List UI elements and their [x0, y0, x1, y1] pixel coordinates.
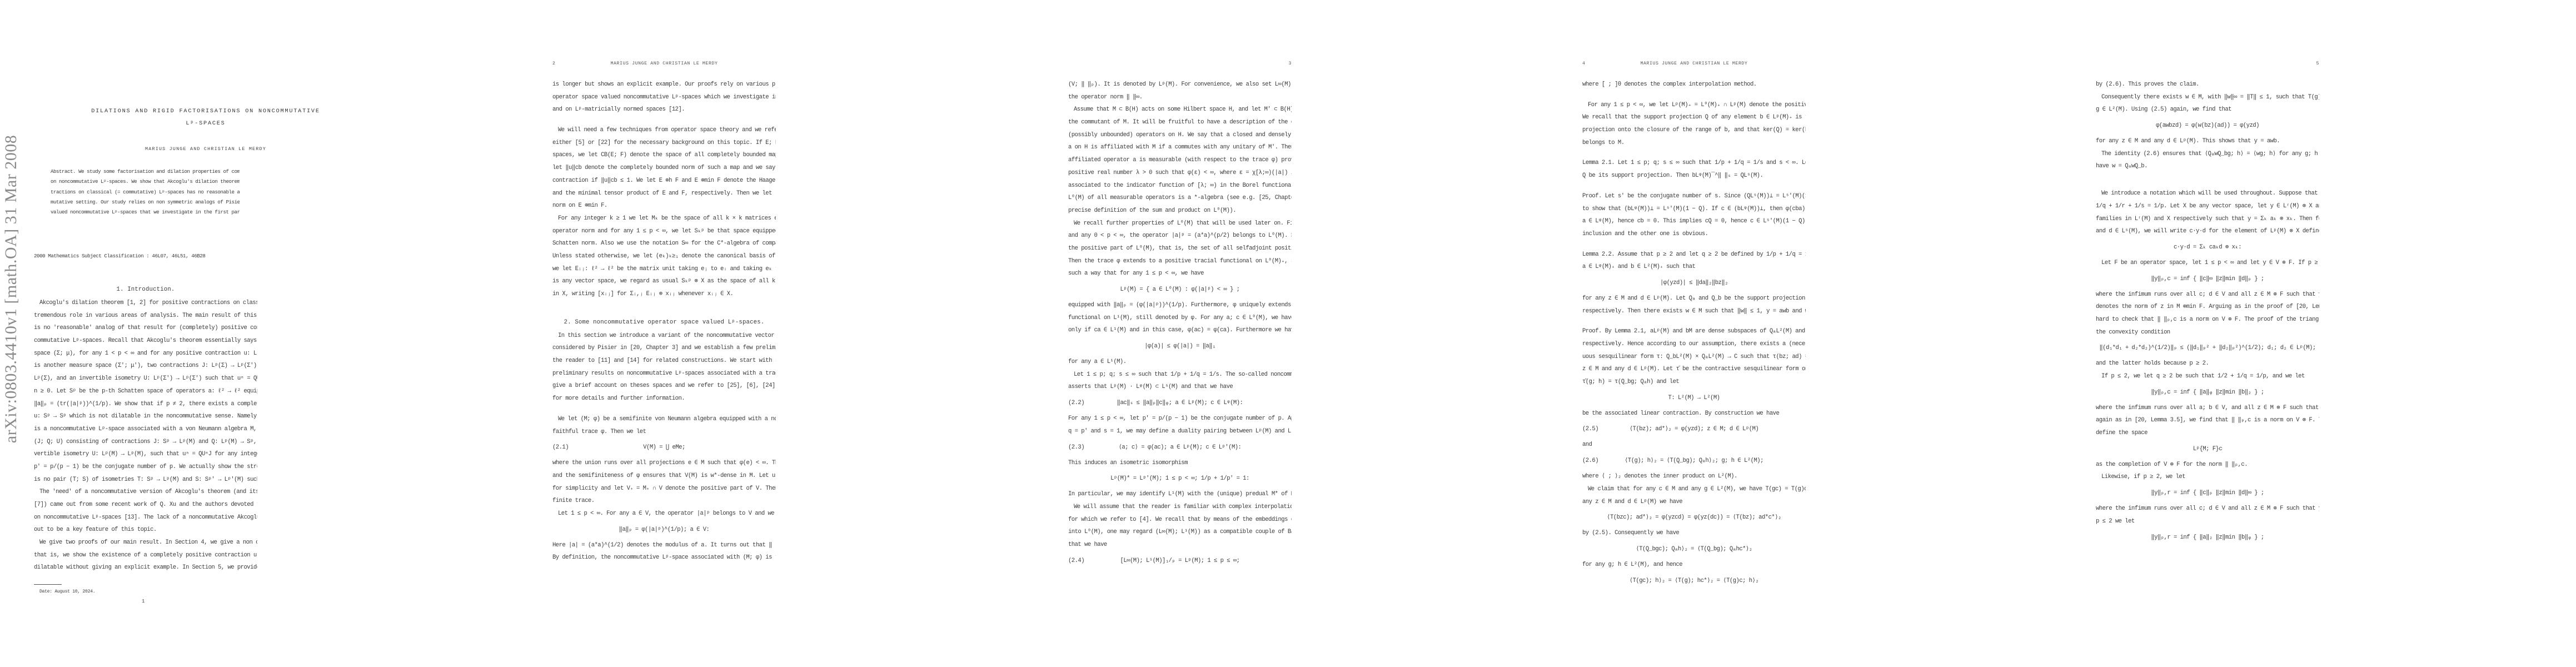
- abstract-line: valued noncommutative Lᵖ-spaces that we …: [51, 207, 240, 217]
- paragraph-gap: [1582, 241, 1806, 248]
- equation-number: [1582, 389, 1632, 407]
- text-line: where the union runs over all projection…: [552, 457, 776, 470]
- equation-body: ‖a‖ₚ = φ(|a|ᵖ)^(1/p); a ∈ V:: [602, 520, 726, 539]
- equation-spacer: [1242, 337, 1292, 356]
- paragraph-gap: [1582, 91, 1806, 99]
- display-equation: Lᵖ(M) = { a ∈ L⁰(M) : φ(|a|ᵖ) < ∞ } ;: [1068, 280, 1292, 299]
- page-1-body: 1. Introduction. Akcoglu's dilation theo…: [34, 282, 257, 574]
- text-line: Here |a| = (a*a)^(1/2) denotes the modul…: [552, 539, 776, 552]
- equation-number: [2096, 383, 2146, 402]
- text-line: Unless stated otherwise, we let (eₖ)ₖ≥₁ …: [552, 250, 776, 263]
- equation-spacer: [1763, 451, 1806, 470]
- text-line: where the infimum runs over all a; b ∈ V…: [2096, 402, 2319, 415]
- text-line: q = p′ and s = 1, we may define a dualit…: [1068, 425, 1292, 438]
- equation-number: (2.1): [552, 438, 602, 457]
- text-line: commutative Lᵖ-spaces. Recall that Akcog…: [34, 335, 257, 347]
- text-line: preliminary results on noncommutative Lᵖ…: [552, 367, 776, 380]
- text-line: a ∈ Lᵠ(M)₊ and b ∈ L²(M)₊ such that: [1582, 261, 1806, 273]
- text-line: again as in [20, Lemma 3.5], we find tha…: [2096, 414, 2319, 427]
- display-equation: ‖y‖ₚ,c = inf { ‖a‖ᵩ ‖z‖min ‖b‖₂ } ;: [2096, 383, 2319, 402]
- equation-number: [2096, 116, 2146, 135]
- text-line: to show that (bLᵠ(M))⊥ = Lˢ′(M)(1 − Q). …: [1582, 203, 1806, 216]
- text-line: denotes the norm of z in M ⊗min F. Argui…: [2096, 301, 2319, 313]
- text-line: the positive part of L⁰(M), that is, the…: [1068, 242, 1292, 255]
- text-line: belongs to M.: [1582, 137, 1806, 150]
- equation-body: ‖(d₁*d₁ + d₂*d₂)^(1/2)‖ₚ ≤ (‖d₁‖ₚ² + ‖d₂…: [2099, 339, 2315, 357]
- text-line: For any 1 ≤ p < ∞, we let Lᵖ(M)₊ = L⁰(M)…: [1582, 99, 1806, 112]
- text-line: asserts that Lᵖ(M) · Lᵠ(M) ⊂ Lˢ(M) and t…: [1068, 381, 1292, 394]
- text-line: The 'need' of a noncommutative version o…: [34, 486, 257, 499]
- equation-number: [2096, 238, 2146, 257]
- text-line: by (2.5). Consequently we have: [1582, 527, 1806, 540]
- display-equation: (2.2)‖ac‖ₛ ≤ ‖a‖ₚ‖c‖ᵩ; a ∈ Lᵖ(M); c ∈ Lᵠ…: [1068, 394, 1292, 412]
- text-line: is any vector space, we regard as usual …: [552, 275, 776, 288]
- text-line: considered by Pisier in [20, Chapter 3] …: [552, 342, 776, 355]
- equation-number: (2.2): [1068, 394, 1117, 412]
- text-line: We will need a few techniques from opera…: [552, 124, 776, 137]
- text-line: [7]) came out from some recent work of Q…: [34, 499, 257, 511]
- page-4: 4 MARIUS JUNGE AND CHRISTIAN LE MERDY wh…: [1546, 0, 2061, 667]
- equation-number: [1582, 540, 1632, 559]
- text-line: only if ca ∈ L¹(M) and in this case, φ(a…: [1068, 324, 1292, 337]
- equation-number: [2096, 440, 2146, 459]
- display-equation: ⟨T(gc); h⟩₂ = ⟨T(g); hc*⟩₂ = ⟨T(g)c; h⟩₂: [1582, 571, 1806, 590]
- paragraph-gap: [1582, 149, 1806, 157]
- equation-body: T: L²(M) → L²(M): [1632, 389, 1756, 407]
- abstract-line: tractions on classical (= commutative) L…: [51, 187, 240, 197]
- equation-body: |φ(a)| ≤ φ(|a|) = ‖a‖₁: [1118, 337, 1242, 356]
- paper-authors: MARIUS JUNGE AND CHRISTIAN LE MERDY: [50, 146, 361, 152]
- equation-spacer: [2269, 116, 2319, 135]
- text-line: precise definition of the sum and produc…: [1068, 205, 1292, 217]
- equation-spacer: [2269, 383, 2319, 402]
- equation-spacer: [2269, 238, 2319, 257]
- equation-spacer: [1249, 469, 1292, 488]
- text-line: We recall that the support projection Q …: [1582, 111, 1806, 124]
- text-line: In this section we introduce a variant o…: [552, 330, 776, 342]
- text-line: p ≤ 2 we let: [2096, 515, 2319, 528]
- text-line: any z ∈ M and d ∈ Lᵖ(M) we have: [1582, 496, 1806, 509]
- display-equation: ‖(d₁*d₁ + d₂*d₂)^(1/2)‖ₚ ≤ (‖d₁‖ₚ² + ‖d₂…: [2096, 339, 2319, 357]
- section-gap: [552, 301, 776, 315]
- text-line: Proof. By Lemma 2.1, aLᵖ(M) and bM are d…: [1582, 325, 1806, 338]
- text-line: for more details and further information…: [552, 392, 776, 405]
- equation-spacer: [1758, 420, 1806, 439]
- display-equation: |φ(yzd)| ≤ ‖da‖₂‖bz‖₂: [1582, 273, 1806, 292]
- title-line-2: Lᵖ-SPACES: [50, 118, 361, 130]
- running-head: 2 MARIUS JUNGE AND CHRISTIAN LE MERDY: [552, 61, 776, 66]
- text-line: let ‖u‖cb denote the completely bounded …: [552, 162, 776, 175]
- equation-number: (2.4): [1068, 551, 1118, 570]
- text-line: that we have: [1068, 539, 1292, 551]
- page-4-body: where [ ; ]θ denotes the complex interpo…: [1582, 78, 1806, 590]
- text-line: Proof. Let s′ be the conjugate number of…: [1582, 190, 1806, 203]
- section-gap: [2096, 173, 2319, 187]
- text-line: operator norm and for any 1 ≤ p < ∞, we …: [552, 225, 776, 238]
- text-line: out to be a key feature of this topic.: [34, 524, 257, 536]
- text-line: vertible isometry U: Lᵖ(M) → Lᵖ(M), such…: [34, 448, 257, 461]
- equation-spacer: [1242, 438, 1292, 457]
- text-line: operator space valued noncommutative Lᵖ-…: [552, 91, 776, 104]
- text-line: Let 1 ≤ p; q; s ≤ ∞ such that 1/p + 1/q …: [1068, 369, 1292, 381]
- equation-body: φ(awbzd) = φ(w(bz)(ad)) = φ(yzd): [2146, 116, 2269, 135]
- text-line: for simplicity and let V₊ = M₊ ∩ V denot…: [552, 482, 776, 495]
- equation-body: ⟨T(bzc); ad*⟩₂ = φ(yzcd) = φ(yz(dc)) = ⟨…: [1607, 508, 1781, 527]
- text-line: and the minimal tensor product of E and …: [552, 187, 776, 200]
- display-equation: (2.6)⟨T(g); h⟩₂ = ⟨T(Q_bg); Qₐh⟩₂; g; h …: [1582, 451, 1806, 470]
- text-line: dilatable without giving an explicit exa…: [34, 561, 257, 574]
- page-2: 2 MARIUS JUNGE AND CHRISTIAN LE MERDY is…: [515, 0, 1030, 667]
- display-equation: φ(awbzd) = φ(w(bz)(ad)) = φ(yzd): [2096, 116, 2319, 135]
- text-line: spaces, we let CB(E; F) denote the space…: [552, 149, 776, 162]
- paragraph-gap: [552, 405, 776, 413]
- text-line: and: [1582, 439, 1806, 451]
- page-5-body: by (2.6). This proves the claim.Conseque…: [2096, 78, 2319, 547]
- text-line: p′ = p/(p − 1) be the conjugate number o…: [34, 461, 257, 474]
- text-line: by (2.6). This proves the claim.: [2096, 78, 2319, 91]
- text-line: such a way that for any 1 ≤ p < ∞, we ha…: [1068, 267, 1292, 280]
- abstract-line: Abstract. We study some factorisation an…: [51, 167, 240, 177]
- equation-spacer: [1756, 389, 1806, 407]
- text-line: projection onto the closure of the range…: [1582, 124, 1806, 137]
- page-number: 5: [2316, 61, 2319, 66]
- text-line: 1/q + 1/r + 1/s = 1/p. Let X be any vect…: [2096, 200, 2319, 213]
- text-line: space (Σ; μ), for any 1 < p < ∞ and for …: [34, 347, 257, 360]
- text-line: Lemma 2.2. Assume that p ≥ 2 and let q ≥…: [1582, 248, 1806, 261]
- text-line: where the infimum runs over all c; d ∈ V…: [2096, 288, 2319, 301]
- equation-spacer: [726, 438, 776, 457]
- text-line: By definition, the noncommutative Lᵖ-spa…: [552, 551, 776, 564]
- equation-body: V(M) = ⋃ eMe;: [602, 438, 726, 457]
- equation-number: [552, 520, 602, 539]
- text-line: families in Lʳ(M) and X respectively suc…: [2096, 213, 2319, 226]
- page-number: 2: [552, 61, 556, 66]
- equation-body: ⟨T(gc); h⟩₂ = ⟨T(g); hc*⟩₂ = ⟨T(g)c; h⟩₂: [1630, 571, 1758, 590]
- text-line: the reader to [11] and [14] for related …: [552, 355, 776, 367]
- text-line: is no pair (T; S) of isometries T: Sᵖ → …: [34, 474, 257, 486]
- text-line: is no 'reasonable' analog of that result…: [34, 322, 257, 335]
- text-line: where the infimum runs over all c; d ∈ V…: [2096, 502, 2319, 515]
- paragraph-gap: [1582, 317, 1806, 325]
- text-line: (possibly unbounded) operators on H. We …: [1068, 129, 1292, 142]
- equation-body: Lᵖ(M)* = Lᵖ′(M); 1 ≤ p < ∞; 1/p + 1/p′ =…: [1110, 469, 1249, 488]
- text-line: L⁰(M) of all measurable operators is a *…: [1068, 192, 1292, 205]
- text-line: For any 1 ≤ p < ∞, let p′ = p/(p − 1) be…: [1068, 412, 1292, 425]
- abstract: Abstract. We study some factorisation an…: [51, 167, 240, 217]
- equation-body: ‖y‖ₚ,r = inf { ‖c‖ₚ ‖z‖min ‖d‖∞ } ;: [2146, 484, 2269, 502]
- equation-body: ⟨a; c⟩ = φ(ac); a ∈ Lᵖ(M); c ∈ Lᵖ′(M):: [1118, 438, 1242, 457]
- equation-body: ‖y‖ₚ,c = inf { ‖a‖ᵩ ‖z‖min ‖b‖₂ } ;: [2146, 383, 2269, 402]
- text-line: for any a ∈ L¹(M).: [1068, 356, 1292, 369]
- text-line: where ⟨ ; ⟩₂ denotes the inner product o…: [1582, 470, 1806, 483]
- text-line: Lemma 2.1. Let 1 ≤ p; q; s ≤ ∞ such that…: [1582, 157, 1806, 170]
- display-equation: Lᵖ(M)* = Lᵖ′(M); 1 ≤ p < ∞; 1/p + 1/p′ =…: [1068, 469, 1292, 488]
- text-line: We let (M; φ) be a semifinite von Neuman…: [552, 413, 776, 426]
- text-line: for any z ∈ M and any d ∈ Lᵖ(M). This sh…: [2096, 135, 2319, 148]
- text-line: into L⁰(M), one may regard (L∞(M); L¹(M)…: [1068, 526, 1292, 539]
- equation-body: |φ(yzd)| ≤ ‖da‖₂‖bz‖₂: [1632, 273, 1756, 292]
- equation-spacer: [2269, 484, 2319, 502]
- text-line: Q be its support projection. Then bLᵠ(M)…: [1582, 170, 1806, 182]
- display-equation: T: L²(M) → L²(M): [1582, 389, 1806, 407]
- text-line: and the latter holds because p ≥ 2.: [2096, 357, 2319, 370]
- text-line: for which we refer to [4]. We recall tha…: [1068, 514, 1292, 526]
- paper-title: DILATIONS AND RIGID FACTORISATIONS ON NO…: [50, 106, 361, 130]
- text-line: Assume that M ⊂ B(H) acts on some Hilber…: [1068, 103, 1292, 116]
- arxiv-watermark: arXiv:0803.4410v1 [math.OA] 31 Mar 2008: [2, 133, 29, 445]
- text-line: Lᵖ(Σ), and an invertible isometry U: Lᵖ(…: [34, 372, 257, 385]
- display-equation: ‖y‖ₚ,r = inf { ‖a‖₂ ‖z‖min ‖b‖ᵩ } ;: [2096, 528, 2319, 547]
- text-line: and on Lᵖ-matricially normed spaces [12]…: [552, 103, 776, 116]
- page-number: 4: [1582, 61, 1586, 66]
- paragraph-gap: [552, 116, 776, 124]
- display-equation: ⟨T(Q_bgc); Qₐh⟩₂ = ⟨T(Q_bg); Qₐhc*⟩₂: [1582, 540, 1806, 559]
- section-heading: 1. Introduction.: [34, 282, 257, 297]
- equation-number: [1582, 571, 1630, 590]
- text-line: (J; Q; U) consisting of contractions J: …: [34, 436, 257, 449]
- text-line: respectively. Hence according to our ass…: [1582, 338, 1806, 351]
- text-line: is a noncommutative Lᵖ-space associated …: [34, 423, 257, 436]
- text-line: We will assume that the reader is famili…: [1068, 501, 1292, 514]
- text-line: uous sesquilinear form τ: Q_bL²(M) × QₐL…: [1582, 351, 1806, 364]
- text-line: We give two proofs of our main result. I…: [34, 536, 257, 549]
- equation-number: [1068, 469, 1110, 488]
- text-line: and the semifiniteness of φ ensures that…: [552, 470, 776, 482]
- text-line: z ∈ M and any d ∈ Lᵖ(M). Let τ̄ be the c…: [1582, 363, 1806, 376]
- text-line: Schatten norm. Also we use the notation …: [552, 237, 776, 250]
- text-line: a on H is affiliated with M if a commute…: [1068, 141, 1292, 154]
- text-line: respectively. Then there exists w ∈ M su…: [1582, 305, 1806, 318]
- paragraph-gap: [1582, 182, 1806, 190]
- text-line: that is, we show the existence of a comp…: [34, 549, 257, 562]
- equation-body: ⟨T(g); h⟩₂ = ⟨T(Q_bg); Qₐh⟩₂; g; h ∈ L²(…: [1625, 451, 1763, 470]
- text-line: We introduce a notation which will be us…: [2096, 187, 2319, 200]
- text-line: inclusion and the other one is obvious.: [1582, 228, 1806, 241]
- equation-spacer: [1781, 508, 1806, 527]
- text-line: in X, writing [xᵢⱼ] for Σᵢ,ⱼ Eᵢⱼ ⊗ xᵢⱼ w…: [552, 288, 776, 301]
- text-line: for any g; h ∈ L²(M), and hence: [1582, 559, 1806, 571]
- equation-spacer: [2269, 528, 2319, 547]
- section-heading: 2. Some noncommutative operator space va…: [552, 315, 776, 330]
- display-equation: (2.1)V(M) = ⋃ eMe;: [552, 438, 776, 457]
- text-line: equipped with ‖a‖ₚ = (φ(|a|ᵖ))^(1/p). Fu…: [1068, 299, 1292, 312]
- display-equation: ‖a‖ₚ = φ(|a|ᵖ)^(1/p); a ∈ V:: [552, 520, 776, 539]
- equation-body: [L∞(M); L¹(M)]₁/ₚ = Lᵖ(M); 1 ≤ p ≤ ∞;: [1118, 551, 1242, 570]
- text-line: In particular, we may identify L¹(M) wit…: [1068, 488, 1292, 501]
- text-line: This induces an isometric isomorphism: [1068, 457, 1292, 470]
- page-3-body: (V; ‖ ‖ₚ). It is denoted by Lᵖ(M). For c…: [1068, 78, 1292, 570]
- footnote-date: Date: August 10, 2024.: [39, 589, 95, 594]
- text-line: Let 1 ≤ p < ∞. For any a ∈ V, the operat…: [552, 507, 776, 520]
- text-line: define the space: [2096, 427, 2319, 440]
- text-line: as the completion of V ⊗ F for the norm …: [2096, 459, 2319, 471]
- equation-number: [2096, 484, 2146, 502]
- text-line: u: Sᵖ → Sᵖ which is not dilatable in the…: [34, 410, 257, 423]
- display-equation: ⟨T(bzc); ad*⟩₂ = φ(yzcd) = φ(yz(dc)) = ⟨…: [1582, 508, 1806, 527]
- equation-number: [1068, 280, 1118, 299]
- text-line: be the associated linear contraction. By…: [1582, 407, 1806, 420]
- page-2-body: is longer but shows an explicit example.…: [552, 78, 776, 564]
- text-line: where [ ; ]θ denotes the complex interpo…: [1582, 78, 1806, 91]
- text-line: we let Eᵢⱼ: ℓ² → ℓ² be the matrix unit t…: [552, 263, 776, 276]
- abstract-line: on noncommutative Lᵖ-spaces. We show tha…: [51, 177, 240, 187]
- display-equation: (2.5)⟨T(bz); ad*⟩₂ = φ(yzd); z ∈ M; d ∈ …: [1582, 420, 1806, 439]
- display-equation: (2.4)[L∞(M); L¹(M)]₁/ₚ = Lᵖ(M); 1 ≤ p ≤ …: [1068, 551, 1292, 570]
- text-line: the convexity condition: [2096, 326, 2319, 339]
- text-line: Let F be an operator space, let 1 ≤ p < …: [2096, 257, 2319, 270]
- text-line: and d ∈ Lˢ(M), we will write c·y·d for t…: [2096, 225, 2319, 238]
- running-head: 4 MARIUS JUNGE AND CHRISTIAN LE MERDY: [1582, 61, 1806, 66]
- text-line: faithful trace φ. Then we let: [552, 426, 776, 439]
- text-line: affiliated operator a is measurable (wit…: [1068, 154, 1292, 167]
- equation-spacer: [1242, 280, 1292, 299]
- equation-body: ⟨T(Q_bgc); Qₐh⟩₂ = ⟨T(Q_bg); Qₐhc*⟩₂: [1632, 540, 1756, 559]
- text-line: norm on E ⊗min F.: [552, 200, 776, 212]
- text-line: have w = QₐwQ_b.: [2096, 160, 2319, 173]
- equation-spacer: [2269, 270, 2319, 288]
- text-line: Then the trace φ extends to a positive t…: [1068, 255, 1292, 268]
- text-line: If p ≤ 2, we let q ≥ 2 be such that 1/2 …: [2096, 370, 2319, 383]
- page-5: 5 by (2.6). This proves the claim.Conseq…: [2061, 0, 2576, 667]
- equation-body: ‖y‖ₚ,c = inf { ‖c‖∞ ‖z‖min ‖d‖ₚ } ;: [2146, 270, 2269, 288]
- equation-number: [2096, 270, 2146, 288]
- text-line: The identity (2.6) ensures that ⟨QₐwQ_bg…: [2096, 148, 2319, 161]
- text-line: is longer but shows an explicit example.…: [552, 78, 776, 91]
- equation-number: [1582, 508, 1607, 527]
- text-line: positive real number λ > 0 such that φ(ε…: [1068, 167, 1292, 180]
- equation-spacer: [1756, 273, 1806, 292]
- text-line: Consequently there exists w ∈ M, with ‖w…: [2096, 91, 2319, 104]
- running-head-title: MARIUS JUNGE AND CHRISTIAN LE MERDY: [552, 61, 776, 66]
- text-line: for any z ∈ M and d ∈ Lᵖ(M). Let Qₐ and …: [1582, 292, 1806, 305]
- display-equation: Lᵖ{M; F}c: [2096, 440, 2319, 459]
- equation-spacer: [1242, 551, 1292, 570]
- text-line: Likewise, if p ≥ 2, we let: [2096, 471, 2319, 484]
- equation-spacer: [2316, 339, 2319, 357]
- running-head-title: MARIUS JUNGE AND CHRISTIAN LE MERDY: [1582, 61, 1806, 66]
- text-line: τ̄(g; h) = τ(Q_bg; Qₐh) and let: [1582, 376, 1806, 389]
- equation-spacer: [726, 520, 776, 539]
- page-3: 3 (V; ‖ ‖ₚ). It is denoted by Lᵖ(M). For…: [1030, 0, 1546, 667]
- text-line: g ∈ L²(M). Using (2.5) again, we find th…: [2096, 103, 2319, 116]
- text-line: n ≥ 0. Let Sᵖ be the p-th Schatten space…: [34, 385, 257, 398]
- text-line: a ∈ Lᵠ(M), hence cb = 0. This implies cQ…: [1582, 215, 1806, 228]
- equation-body: c·y·d = Σₖ caₖd ⊗ xₖ:: [2146, 238, 2269, 257]
- equation-number: [1582, 273, 1632, 292]
- equation-number: [1068, 337, 1118, 356]
- equation-number: [2096, 528, 2146, 547]
- text-line: is another measure space (Σ′; μ′), two c…: [34, 360, 257, 372]
- text-line: Akcoglu's dilation theorem [1, 2] for po…: [34, 297, 257, 310]
- text-line: contraction if ‖u‖cb ≤ 1. We let E ⊗h F …: [552, 175, 776, 187]
- equation-number: (2.6): [1582, 451, 1625, 470]
- equation-spacer: [1758, 571, 1806, 590]
- display-equation: c·y·d = Σₖ caₖd ⊗ xₖ:: [2096, 238, 2319, 257]
- equation-body: ⟨T(bz); ad*⟩₂ = φ(yzd); z ∈ M; d ∈ Lᵖ(M): [1630, 420, 1758, 439]
- text-line: tremendous role in various areas of anal…: [34, 310, 257, 322]
- text-line: associated to the indicator function of …: [1068, 180, 1292, 192]
- text-line: the commutant of M. It will be fruitful …: [1068, 116, 1292, 129]
- equation-body: ‖y‖ₚ,r = inf { ‖a‖₂ ‖z‖min ‖b‖ᵩ } ;: [2146, 528, 2269, 547]
- subject-classification: 2000 Mathematics Subject Classification …: [34, 253, 206, 259]
- display-equation: ‖y‖ₚ,r = inf { ‖c‖ₚ ‖z‖min ‖d‖∞ } ;: [2096, 484, 2319, 502]
- equation-spacer: [1756, 540, 1806, 559]
- text-line: functional on L¹(M), still denoted by φ.…: [1068, 312, 1292, 325]
- text-line: the operator norm ‖ ‖∞.: [1068, 91, 1292, 104]
- equation-number: (2.5): [1582, 420, 1630, 439]
- text-line: either [5] or [22] for the necessary bac…: [552, 137, 776, 150]
- page-number: 3: [1288, 61, 1292, 66]
- text-line: give a brief account on theses spaces an…: [552, 380, 776, 392]
- text-line: We recall further properties of L⁰(M) th…: [1068, 217, 1292, 230]
- equation-body: ‖ac‖ₛ ≤ ‖a‖ₚ‖c‖ᵩ; a ∈ Lᵖ(M); c ∈ Lᵠ(M):: [1117, 394, 1243, 412]
- equation-body: Lᵖ(M) = { a ∈ L⁰(M) : φ(|a|ᵖ) < ∞ } ;: [1118, 280, 1242, 299]
- equation-spacer: [2269, 440, 2319, 459]
- equation-body: Lᵖ{M; F}c: [2146, 440, 2269, 459]
- page-number: 1: [142, 599, 145, 604]
- equation-spacer: [1243, 394, 1292, 412]
- text-line: We claim that for any c ∈ M and any g ∈ …: [1582, 483, 1806, 496]
- text-line: ‖a‖ₚ = (tr(|a|ᵖ))^(1/p). We show that if…: [34, 398, 257, 411]
- display-equation: |φ(a)| ≤ φ(|a|) = ‖a‖₁: [1068, 337, 1292, 356]
- abstract-line: mutative setting. Our study relies on no…: [51, 197, 240, 207]
- footnote-rule: [34, 584, 62, 585]
- text-line: on noncommutative Lᵖ-spaces [13]. The la…: [34, 511, 257, 524]
- equation-number: (2.3): [1068, 438, 1118, 457]
- text-line: hard to check that ‖ ‖ₚ,c is a norm on V…: [2096, 313, 2319, 326]
- text-line: finite trace.: [552, 495, 776, 507]
- page-1: arXiv:0803.4410v1 [math.OA] 31 Mar 2008 …: [0, 0, 515, 667]
- title-line-1: DILATIONS AND RIGID FACTORISATIONS ON NO…: [50, 106, 361, 118]
- text-line: and any 0 < p < ∞, the operator |a|ᵖ = (…: [1068, 230, 1292, 242]
- display-equation: (2.3)⟨a; c⟩ = φ(ac); a ∈ Lᵖ(M); c ∈ Lᵖ′(…: [1068, 438, 1292, 457]
- text-line: (V; ‖ ‖ₚ). It is denoted by Lᵖ(M). For c…: [1068, 78, 1292, 91]
- text-line: For any integer k ≥ 1 we let Mₖ be the s…: [552, 212, 776, 225]
- display-equation: ‖y‖ₚ,c = inf { ‖c‖∞ ‖z‖min ‖d‖ₚ } ;: [2096, 270, 2319, 288]
